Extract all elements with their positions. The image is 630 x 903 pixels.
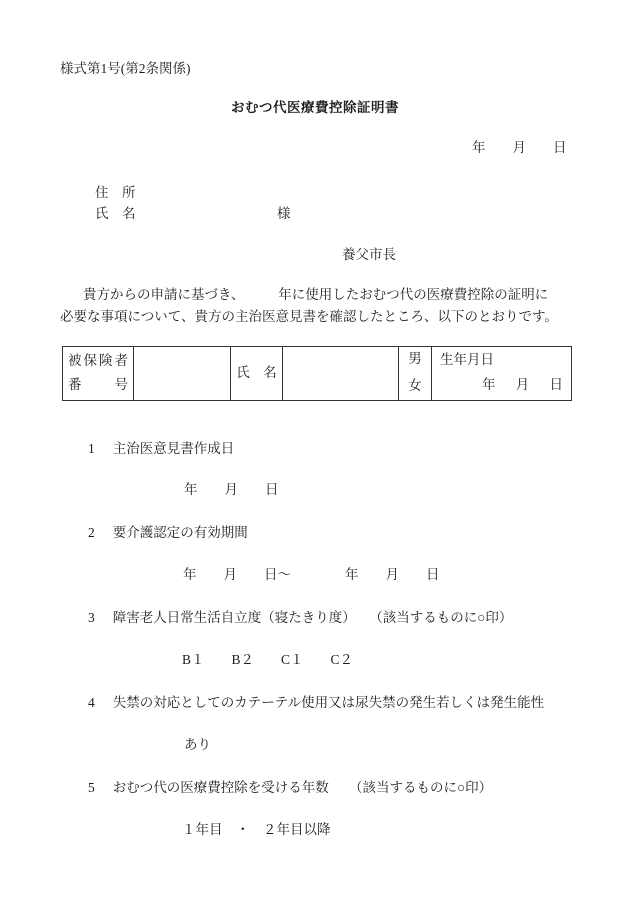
birth-day-label: 日 [550,377,564,393]
sex-cell: 男 女 [399,347,432,400]
honorific-label: 様 [277,206,291,222]
item-2-heading: 2 要介護認定の有効期間 [88,525,248,541]
body-paragraph-line1: 貴方からの申請に基づき、 年に使用したおむつ代の医療費控除の証明に [83,287,548,303]
item-5-label: おむつ代の医療費控除を受ける年数 （該当するものに○印） [113,780,492,796]
document-title: おむつ代医療費控除証明書 [0,100,630,116]
birthdate-label: 生年月日 [440,352,563,368]
insured-number-value-cell [134,347,231,400]
name-label: 氏 名 [95,206,136,222]
item-4-value-line: あり [184,737,211,753]
address-label: 住 所 [95,185,136,201]
item-2-label: 要介護認定の有効期間 [113,525,248,541]
document-page: 様式第1号(第2条関係) おむつ代医療費控除証明書 年 月 日 住 所 氏 名 … [0,0,630,903]
body-paragraph-line2: 必要な事項について、貴方の主治医意見書を確認したところ、以下のとおりです。 [60,309,558,325]
item-4-heading: 4 失禁の対応としてのカテーテル使用又は尿失禁の発生若しくは発生能性 [88,695,544,711]
insured-char: 号 [115,377,129,393]
item-3-label: 障害老人日常生活自立度（寝たきり度） （該当するものに○印） [113,610,513,626]
insured-number-header-cell: 被 保 険 者 番 号 [63,347,134,400]
insured-char: 番 [68,377,82,393]
item-3-value-line: B１ B２ C１ C２ [182,652,353,668]
insured-char: 険 [99,353,113,369]
item-1-heading: 1 主治医意見書作成日 [88,441,234,457]
item-5-heading: 5 おむつ代の医療費控除を受ける年数 （該当するものに○印） [88,780,492,796]
insured-table: 被 保 険 者 番 号 氏 名 男 女 生年月日 年 月 日 [62,346,572,401]
name-header-cell: 氏 名 [231,347,283,400]
insured-number-header-line2: 番 号 [68,377,128,393]
insured-char: 者 [115,353,129,369]
female-label: 女 [408,378,422,394]
insured-number-header-line1: 被 保 険 者 [68,353,128,369]
item-1-value-line: 年 月 日 [184,482,279,498]
item-2-value-line: 年 月 日～ 年 月 日 [183,567,440,583]
name-value-cell [283,347,399,400]
item-5-number: 5 [88,780,95,796]
birthdate-cell: 生年月日 年 月 日 [432,347,571,400]
item-3-number: 3 [88,610,95,626]
form-number: 様式第1号(第2条関係) [60,61,191,77]
birth-year-label: 年 [482,377,496,393]
item-1-label: 主治医意見書作成日 [113,441,235,457]
item-2-number: 2 [88,525,95,541]
insured-char: 被 [68,353,82,369]
birthdate-fill-line: 年 月 日 [482,377,563,393]
issuer-name: 養父市長 [342,247,396,263]
item-5-value-line: １年目 ・ ２年目以降 [182,822,331,838]
item-3-heading: 3 障害老人日常生活自立度（寝たきり度） （該当するものに○印） [88,610,512,626]
issue-date-line: 年 月 日 [472,140,567,156]
birth-month-label: 月 [516,377,530,393]
item-4-number: 4 [88,695,95,711]
item-1-number: 1 [88,441,95,457]
item-4-label: 失禁の対応としてのカテーテル使用又は尿失禁の発生若しくは発生能性 [113,695,544,711]
insured-char: 保 [84,353,98,369]
male-label: 男 [408,351,422,367]
